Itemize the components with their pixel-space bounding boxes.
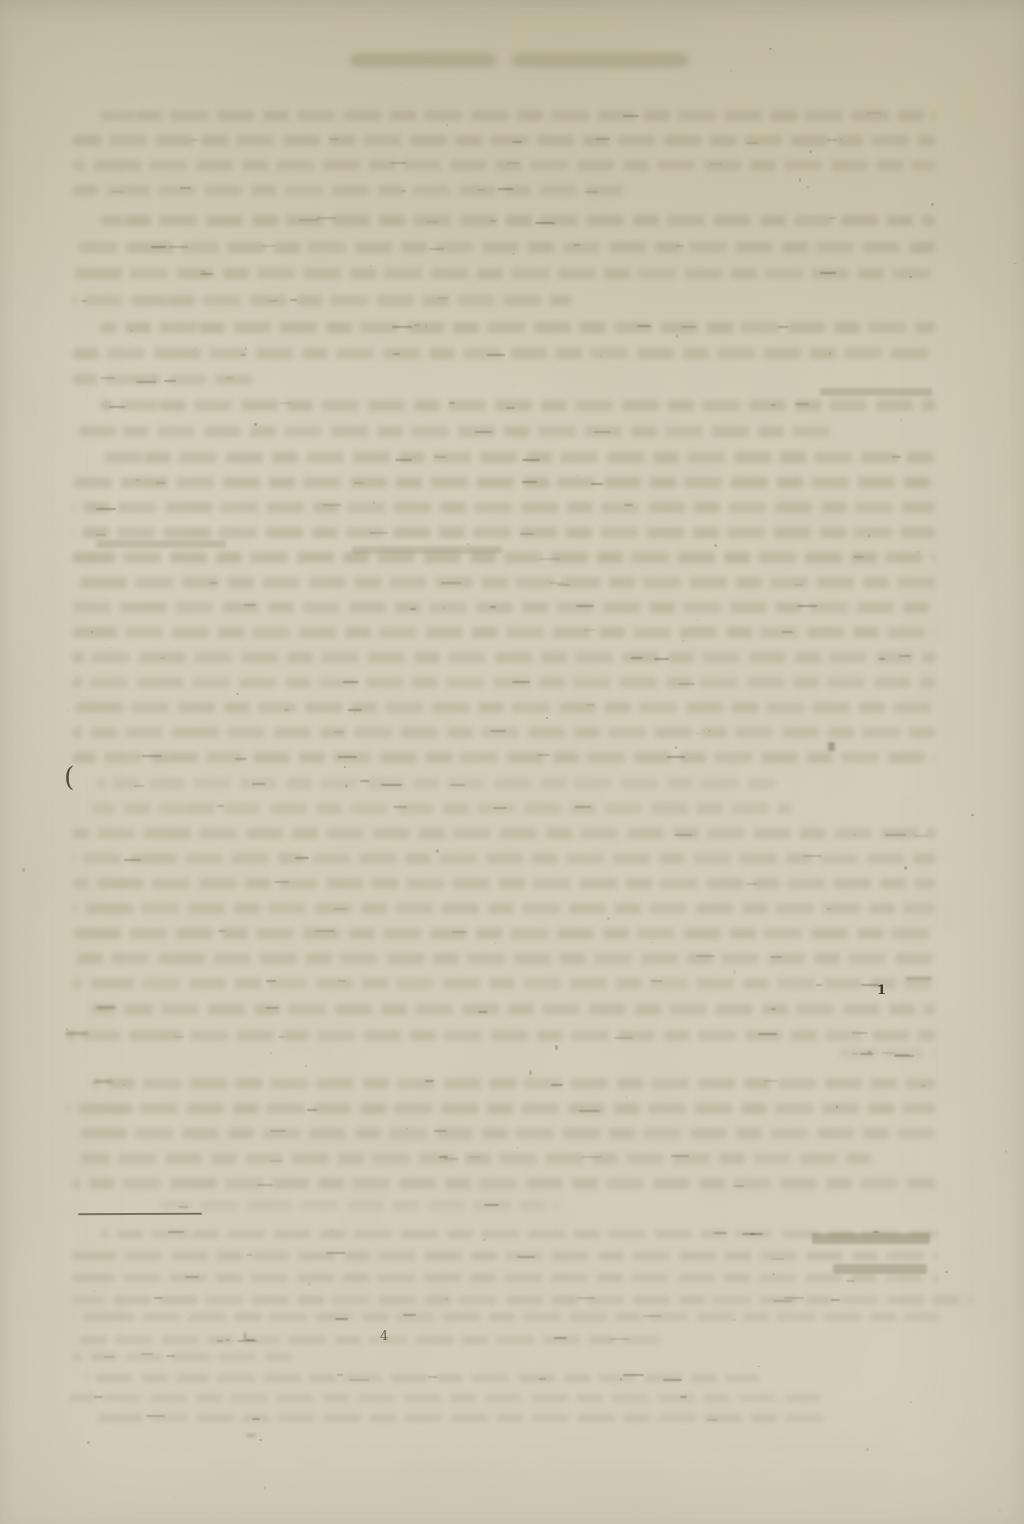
ink-dash xyxy=(252,783,265,785)
ink-dash xyxy=(623,1374,644,1376)
ink-dash xyxy=(771,1258,784,1260)
ink-dash xyxy=(191,139,200,141)
ink-dash xyxy=(484,1204,498,1206)
ink-dash xyxy=(581,1156,601,1158)
paper-speck xyxy=(354,713,355,714)
ink-dash xyxy=(217,805,224,807)
footnote-line-smudge xyxy=(96,1414,830,1422)
ink-dash xyxy=(217,1340,222,1342)
paper-speck xyxy=(866,1448,869,1451)
ink-dash xyxy=(164,380,176,382)
ink-dash xyxy=(452,931,468,933)
ink-dash xyxy=(284,709,289,711)
ink-dash xyxy=(675,834,693,836)
ink-dash xyxy=(428,1376,436,1378)
text-line-smudge xyxy=(92,1078,936,1089)
paper-speck xyxy=(910,1401,912,1403)
ink-patch xyxy=(812,1233,930,1244)
ink-dash xyxy=(369,532,388,534)
ink-dash xyxy=(268,300,278,302)
ink-dash xyxy=(795,403,808,405)
ink-dash xyxy=(360,780,370,782)
paper-speck xyxy=(174,1497,176,1499)
ink-dash xyxy=(326,1252,346,1254)
paper-speck xyxy=(245,347,247,350)
ink-dash xyxy=(317,217,336,219)
ink-dash xyxy=(771,404,777,406)
ink-dash xyxy=(487,354,504,356)
text-line-smudge xyxy=(72,426,832,437)
paper-speck xyxy=(934,573,935,574)
paper-speck xyxy=(627,277,628,278)
ink-dash xyxy=(667,756,685,758)
ink-dash xyxy=(797,605,817,607)
paper-speck xyxy=(87,1441,90,1444)
ink-dash xyxy=(449,402,455,404)
paper-speck xyxy=(15,722,17,724)
footnote-ref-1-mark: 1 xyxy=(877,984,886,997)
ink-dash xyxy=(585,191,599,193)
ink-dash xyxy=(860,1053,873,1055)
ink-dash xyxy=(921,1085,927,1087)
text-line-smudge xyxy=(66,1103,936,1114)
paper-speck xyxy=(254,423,256,425)
paper-speck xyxy=(345,784,348,788)
ink-dash xyxy=(614,1037,634,1039)
paper-speck xyxy=(607,917,610,920)
text-line-smudge xyxy=(72,878,936,889)
ink-patch xyxy=(906,977,932,980)
ink-dash xyxy=(393,806,407,808)
text-line-smudge xyxy=(72,652,936,663)
text-line-smudge xyxy=(92,803,792,814)
text-line-smudge xyxy=(72,160,936,171)
ink-dash xyxy=(244,604,256,606)
ink-dash xyxy=(290,299,296,301)
ink-dash xyxy=(160,657,166,659)
ink-dash xyxy=(493,807,507,809)
text-line-smudge xyxy=(72,1128,936,1139)
paper-speck xyxy=(529,1070,532,1075)
footnote-line-smudge xyxy=(84,1374,760,1382)
ink-dash xyxy=(166,1355,175,1357)
paper-speck xyxy=(868,535,870,536)
paper-speck xyxy=(401,84,402,85)
ink-dash xyxy=(338,756,357,758)
paper-speck xyxy=(769,48,772,50)
ink-dash xyxy=(771,1008,776,1010)
paper-speck xyxy=(370,265,371,266)
paper-speck xyxy=(130,330,133,333)
text-line-smudge xyxy=(72,602,936,613)
paper-speck xyxy=(446,124,448,126)
text-line-smudge xyxy=(66,1030,936,1041)
text-line-smudge xyxy=(72,978,932,989)
text-line-smudge xyxy=(160,1200,560,1211)
paper-speck xyxy=(999,1509,1001,1510)
text-line-smudge xyxy=(100,110,936,121)
ink-dash xyxy=(637,325,651,327)
ink-dash xyxy=(403,1314,416,1316)
ink-dash xyxy=(899,655,911,657)
text-line-smudge xyxy=(72,677,936,688)
ink-dash xyxy=(156,482,164,484)
parenthesis-mark: ( xyxy=(64,764,75,791)
ink-patch xyxy=(96,540,226,548)
paper-speck xyxy=(758,1366,760,1368)
ink-dash xyxy=(596,138,611,140)
ink-dash xyxy=(425,1080,435,1082)
ink-dash xyxy=(771,956,782,958)
ink-dash xyxy=(846,1280,856,1282)
ink-dash xyxy=(136,381,156,383)
ink-patch xyxy=(96,1006,116,1009)
ink-dash xyxy=(109,406,124,408)
text-line-smudge xyxy=(72,242,936,253)
paper-speck xyxy=(730,70,732,73)
ink-dash xyxy=(746,883,757,885)
paper-speck xyxy=(716,940,717,941)
ink-dash xyxy=(179,1206,188,1208)
text-line-smudge xyxy=(90,1004,936,1015)
ink-dash xyxy=(146,1415,165,1417)
ink-dash xyxy=(392,326,412,328)
paper-speck xyxy=(829,352,831,354)
ink-dash xyxy=(235,758,248,760)
ink-dash xyxy=(853,556,864,558)
ink-dash xyxy=(478,189,484,191)
ink-dash xyxy=(337,980,346,982)
paper-speck xyxy=(517,1147,518,1149)
ink-dash xyxy=(323,504,342,506)
paper-speck xyxy=(22,868,25,872)
text-line-smudge xyxy=(72,577,936,588)
footnote-line-smudge xyxy=(66,1394,822,1402)
ink-dash xyxy=(643,1315,661,1317)
paper-speck xyxy=(405,1128,407,1130)
ink-dash xyxy=(591,483,603,485)
paper-speck xyxy=(809,150,812,154)
ink-dash xyxy=(663,1379,682,1381)
ink-dash xyxy=(478,1011,487,1013)
ink-dash xyxy=(671,1155,689,1157)
paper-speck xyxy=(733,1319,736,1321)
ink-dash xyxy=(401,190,406,192)
ink-dash xyxy=(262,245,275,247)
paper-speck xyxy=(123,1084,125,1086)
ink-dash xyxy=(104,1356,115,1358)
ink-dash xyxy=(631,657,643,659)
ink-patch xyxy=(94,1080,112,1083)
text-line-smudge xyxy=(72,552,936,563)
ink-dash xyxy=(111,191,123,193)
ink-dash xyxy=(826,908,832,910)
paper-speck xyxy=(344,766,346,768)
paper-speck xyxy=(799,178,802,182)
ink-dash xyxy=(520,533,534,535)
paper-speck xyxy=(652,942,654,944)
ink-dash xyxy=(575,806,591,808)
ink-dash xyxy=(475,431,493,433)
text-line-smudge xyxy=(72,295,572,306)
ink-dash xyxy=(750,1233,762,1235)
footnote-line-smudge xyxy=(72,1252,938,1260)
ink-dash xyxy=(439,1156,448,1158)
ink-dash xyxy=(623,115,639,117)
ink-patch xyxy=(828,742,835,751)
ink-dash xyxy=(438,297,449,299)
ink-dash xyxy=(94,1396,103,1398)
ink-dash xyxy=(491,730,506,732)
ink-dash xyxy=(676,245,684,247)
ink-patch xyxy=(66,1032,88,1035)
text-line-smudge xyxy=(72,185,632,196)
running-head-smudge xyxy=(512,54,688,66)
paper-speck xyxy=(110,647,111,648)
paper-speck xyxy=(971,814,974,816)
ink-dash xyxy=(274,881,290,883)
ink-dash xyxy=(265,1007,279,1009)
ink-dash xyxy=(185,1276,198,1278)
ink-dash xyxy=(522,459,540,461)
ink-dash xyxy=(151,246,166,248)
ink-dash xyxy=(830,217,837,219)
paper-speck xyxy=(733,970,736,973)
ink-dash xyxy=(381,784,402,786)
text-line-smudge xyxy=(72,828,936,839)
footnote-separator-rule xyxy=(78,1213,202,1215)
paper-speck xyxy=(128,342,130,343)
paper-speck xyxy=(931,203,934,206)
ink-dash xyxy=(517,1256,535,1258)
text-line-smudge xyxy=(72,727,936,738)
paper-speck xyxy=(555,1225,556,1226)
ink-dash xyxy=(410,608,415,610)
paper-speck xyxy=(620,1378,622,1381)
ink-dash xyxy=(758,1033,777,1035)
text-line-smudge xyxy=(72,527,936,538)
paper-speck xyxy=(513,253,514,255)
paper-speck xyxy=(373,501,375,504)
paper-speck xyxy=(425,325,427,328)
text-line-smudge xyxy=(72,135,936,146)
paper-speck xyxy=(697,619,700,621)
ink-dash xyxy=(506,407,515,409)
paper-speck xyxy=(625,1095,628,1098)
ink-dash xyxy=(681,326,697,328)
faded-text-layer xyxy=(0,0,1024,1524)
ink-dash xyxy=(434,456,446,458)
paper-speck xyxy=(495,943,497,944)
ink-dash xyxy=(540,558,559,560)
ink-dash xyxy=(678,683,695,685)
paper-speck xyxy=(676,335,679,338)
paper-speck xyxy=(264,1487,266,1489)
ink-dash xyxy=(180,187,192,189)
text-line-smudge xyxy=(72,953,936,964)
paper-speck xyxy=(331,1229,333,1231)
ink-patch xyxy=(246,1434,256,1437)
paper-speck xyxy=(675,746,677,748)
paper-speck xyxy=(305,1065,306,1067)
ink-dash xyxy=(733,1185,744,1187)
paper-speck xyxy=(714,544,717,547)
text-line-smudge xyxy=(72,1153,872,1164)
paper-speck xyxy=(555,1045,558,1049)
ink-dash xyxy=(885,834,906,836)
scanned-page: ( 1 4 xyxy=(0,0,1024,1524)
text-line-smudge xyxy=(96,778,776,789)
ink-dash xyxy=(773,1300,792,1302)
paper-speck xyxy=(492,1305,493,1306)
ink-dash xyxy=(551,1084,564,1086)
ink-dash xyxy=(154,1297,163,1299)
ink-dash xyxy=(354,482,365,484)
ink-dash xyxy=(710,163,721,165)
ink-dash xyxy=(803,855,822,857)
text-line-smudge xyxy=(100,215,936,226)
text-line-smudge xyxy=(72,702,936,713)
ink-dash xyxy=(200,270,206,272)
ink-dash xyxy=(651,980,664,982)
ink-dash xyxy=(512,141,522,143)
ink-dash xyxy=(680,1396,687,1398)
ink-patch xyxy=(352,546,502,554)
ink-dash xyxy=(579,1110,600,1112)
text-line-smudge xyxy=(72,627,936,638)
ink-dash xyxy=(209,582,218,584)
ink-dash xyxy=(257,1184,274,1186)
paper-speck xyxy=(904,866,907,870)
ink-dash xyxy=(134,785,145,787)
ink-dash xyxy=(512,681,530,683)
text-line-smudge xyxy=(100,452,936,463)
ink-dash xyxy=(246,1254,252,1256)
ink-dash xyxy=(441,582,461,584)
text-line-smudge xyxy=(72,928,936,939)
ink-dash xyxy=(914,835,928,837)
ink-dash xyxy=(707,1419,719,1421)
paper-speck xyxy=(546,717,548,720)
ink-dash xyxy=(535,222,555,224)
text-line-smudge xyxy=(72,1178,936,1189)
ink-dash xyxy=(124,859,141,861)
paper-speck xyxy=(773,1273,774,1275)
ink-dash xyxy=(96,534,106,536)
ink-dash xyxy=(241,354,246,356)
text-line-smudge xyxy=(72,502,936,513)
paper-speck xyxy=(900,419,903,422)
paper-speck xyxy=(270,1052,272,1055)
ink-dash xyxy=(395,459,412,461)
ink-dash xyxy=(554,1337,567,1339)
ink-dash xyxy=(714,1232,727,1234)
paper-speck xyxy=(807,186,809,188)
ink-dash xyxy=(334,908,347,910)
ink-dash xyxy=(782,631,792,633)
ink-dash xyxy=(490,606,496,608)
ink-dash xyxy=(586,704,595,706)
ink-dash xyxy=(573,244,580,246)
paper-speck xyxy=(443,606,446,610)
footnote-line-smudge xyxy=(72,1274,938,1282)
ink-dash xyxy=(894,1055,914,1057)
ink-dash xyxy=(450,784,465,786)
ink-dash xyxy=(827,139,837,141)
paper-speck xyxy=(483,1238,486,1240)
paper-speck xyxy=(1014,263,1017,265)
ink-dash xyxy=(879,658,885,660)
ink-dash xyxy=(426,221,439,223)
ink-dash xyxy=(295,857,310,859)
ink-dash xyxy=(348,709,363,711)
text-line-smudge xyxy=(72,903,936,914)
text-line-smudge xyxy=(72,477,936,488)
paper-speck xyxy=(259,1439,262,1441)
ink-dash xyxy=(654,658,669,660)
ink-dash xyxy=(764,1080,779,1082)
ink-dash xyxy=(852,1032,868,1034)
ink-dash xyxy=(307,1109,317,1111)
running-head-smudge xyxy=(350,54,496,66)
ink-dash xyxy=(794,584,803,586)
ink-dash xyxy=(490,220,497,222)
text-line-smudge xyxy=(100,400,936,411)
ink-dash xyxy=(892,456,901,458)
paper-speck xyxy=(682,640,685,642)
ink-dash xyxy=(225,377,233,379)
ink-patch xyxy=(833,1264,927,1274)
ink-dash xyxy=(343,681,359,683)
ink-dash xyxy=(537,754,549,756)
ink-patch xyxy=(244,1332,246,1341)
paper-speck xyxy=(236,693,238,695)
paper-speck xyxy=(783,1364,785,1366)
ink-dash xyxy=(175,1036,184,1038)
ink-dash xyxy=(498,188,513,190)
paper-speck xyxy=(945,1271,948,1273)
paper-speck xyxy=(94,1290,96,1292)
text-line-smudge xyxy=(100,322,936,333)
ink-dash xyxy=(218,930,225,932)
ink-dash xyxy=(429,248,444,250)
footnote-ref-4-mark: 4 xyxy=(380,1330,388,1343)
footnote-line-smudge xyxy=(72,1313,940,1321)
ink-dash xyxy=(96,508,116,510)
ink-dash xyxy=(434,1130,447,1132)
paper-speck xyxy=(308,1283,310,1286)
ink-dash xyxy=(280,402,291,404)
paper-speck xyxy=(67,710,68,711)
ink-dash xyxy=(696,955,715,957)
footnote-line-smudge xyxy=(72,1336,662,1344)
paper-speck xyxy=(1005,1150,1007,1153)
paper-speck xyxy=(512,385,513,386)
paper-speck xyxy=(349,537,350,538)
ink-dash xyxy=(831,1299,840,1301)
ink-patch xyxy=(820,388,932,396)
text-line-smudge xyxy=(72,752,936,763)
